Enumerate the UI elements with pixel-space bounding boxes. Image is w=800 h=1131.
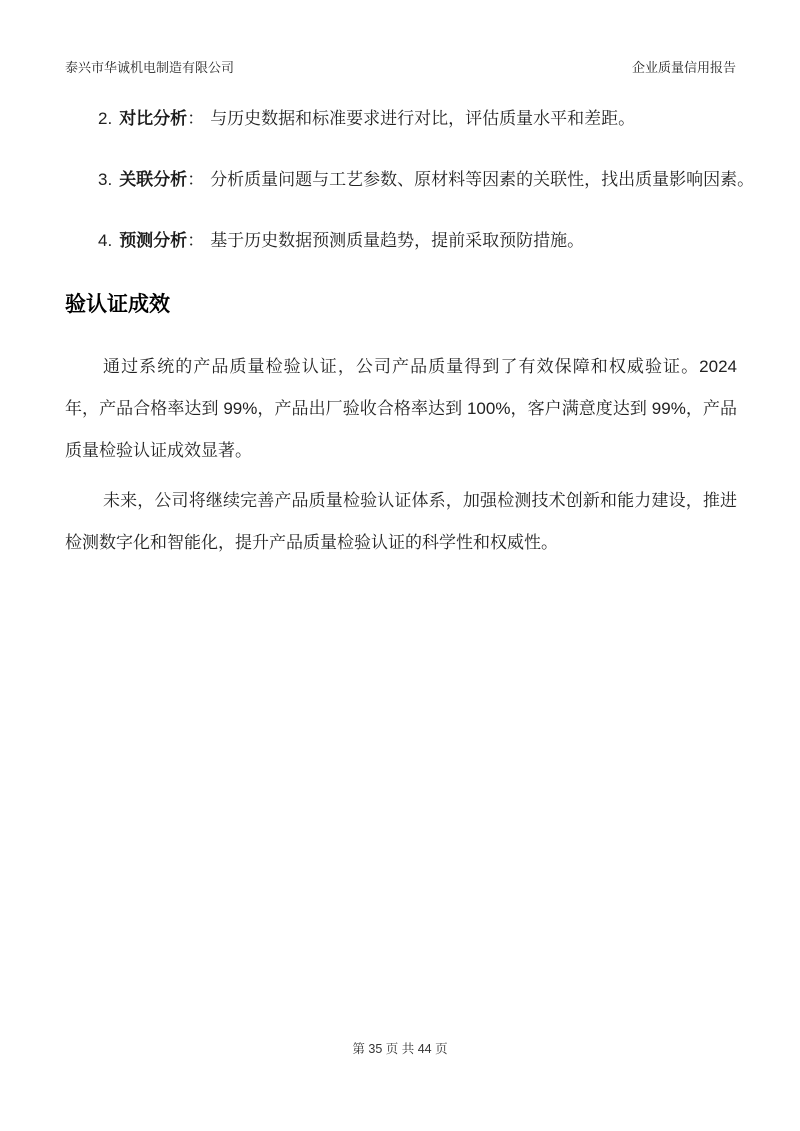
section-heading: 验认证成效 [65, 290, 737, 320]
analysis-list: 2.对比分析：与历史数据和标准要求进行对比，评估质量水平和差距。 3.关联分析：… [65, 107, 737, 253]
body-paragraph: 通过系统的产品质量检验认证，公司产品质量得到了有效保障和权威验证。2024 年，… [65, 346, 737, 472]
list-item: 3.关联分析：分析质量问题与工艺参数、原材料等因素的关联性，找出质量影响因素。 [65, 168, 737, 192]
list-item: 2.对比分析：与历史数据和标准要求进行对比，评估质量水平和差距。 [65, 107, 737, 131]
list-item-label: 关联分析 [119, 170, 187, 189]
list-item-number: 4. [98, 231, 112, 250]
page-footer: 第 35 页 共 44 页 [0, 1040, 800, 1058]
list-item-label: 对比分析 [119, 109, 187, 128]
list-item-number: 3. [98, 170, 112, 189]
list-item-colon: ： [187, 109, 204, 128]
body-paragraph: 未来，公司将继续完善产品质量检验认证体系，加强检测技术创新和能力建设，推进检测数… [65, 480, 737, 564]
document-page: 泰兴市华诚机电制造有限公司 企业质量信用报告 2.对比分析：与历史数据和标准要求… [0, 0, 800, 1131]
list-item-text: 基于历史数据预测质量趋势，提前采取预防措施。 [210, 231, 584, 250]
page-number-text: 第 35 页 共 44 页 [352, 1042, 447, 1056]
list-item-number: 2. [98, 109, 112, 128]
page-body: 2.对比分析：与历史数据和标准要求进行对比，评估质量水平和差距。 3.关联分析：… [65, 0, 737, 564]
list-item-text: 与历史数据和标准要求进行对比，评估质量水平和差距。 [210, 109, 635, 128]
list-item: 4.预测分析：基于历史数据预测质量趋势，提前采取预防措施。 [65, 229, 737, 253]
list-item-label: 预测分析 [119, 231, 187, 250]
list-item-colon: ： [187, 231, 204, 250]
list-item-text: 分析质量问题与工艺参数、原材料等因素的关联性，找出质量影响因素。 [210, 170, 754, 189]
list-item-colon: ： [187, 170, 204, 189]
